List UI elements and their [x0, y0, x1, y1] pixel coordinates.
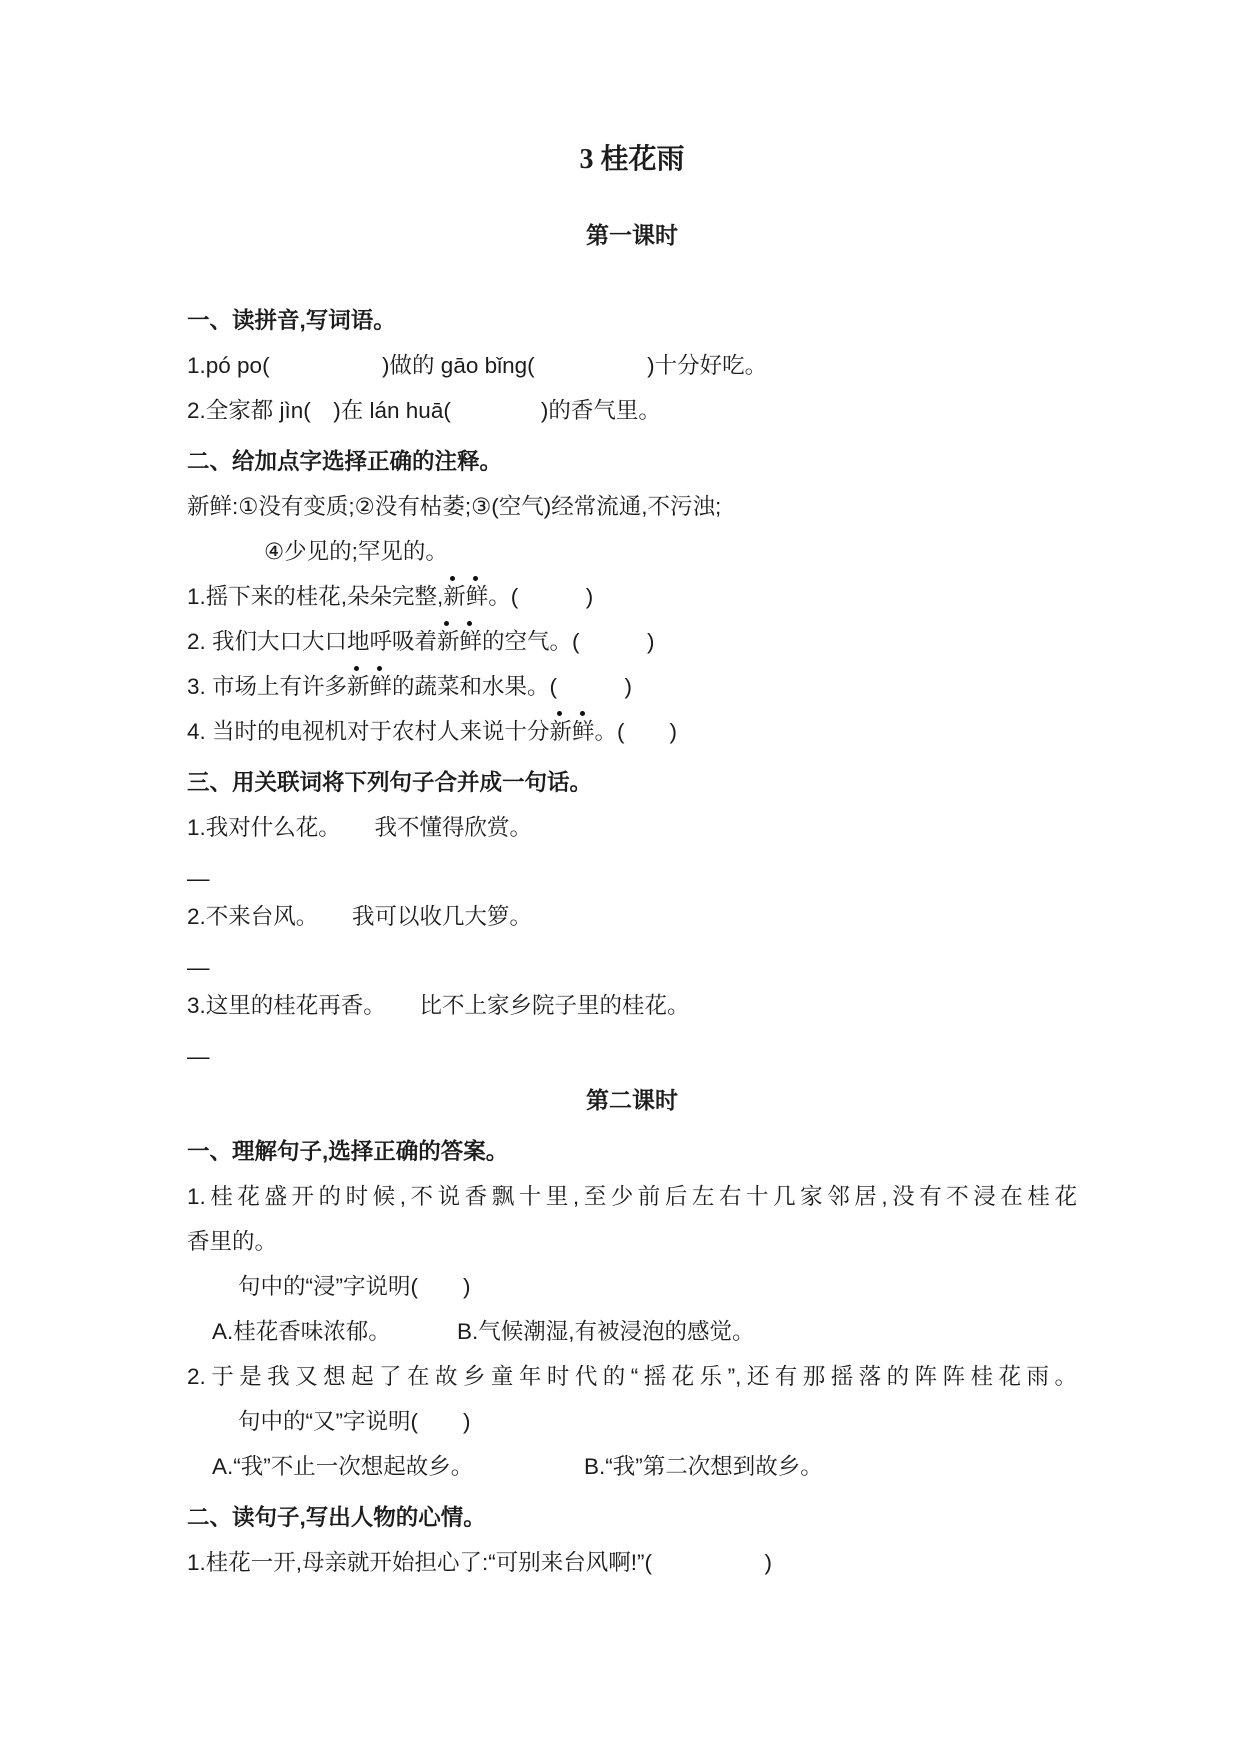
exercise-line: 2. 我们大口大口地呼吸着新鲜的空气。( ): [187, 619, 1077, 664]
session1-heading: 第一课时: [187, 213, 1077, 258]
emphasized-word: 新鲜: [550, 719, 595, 744]
exercise-line: 1.pó po( )做的 gāo bǐng( )十分好吃。: [187, 343, 1077, 388]
exercise-line: 1.摇下来的桂花,朵朵完整,新鲜。( ): [187, 574, 1077, 619]
sentence-post: 的蔬菜和水果。( ): [392, 674, 632, 699]
sentence-pre: 2. 我们大口大口地呼吸着: [187, 629, 437, 654]
exercise-line: 3. 市场上有许多新鲜的蔬菜和水果。( ): [187, 664, 1077, 709]
exercise-line: 2.于是我又想起了在故乡童年时代的“摇花乐”,还有那摇落的阵阵桂花雨。: [187, 1354, 1077, 1399]
page-title: 3 桂花雨: [187, 140, 1077, 180]
exercise-line: 2.不来台风。 我可以收几大箩。: [187, 894, 1077, 939]
question-line: 句中的“浸”字说明( ): [187, 1264, 1077, 1309]
sentence-pre: 4. 当时的电视机对于农村人来说十分: [187, 719, 550, 744]
option-a: A.桂花香味浓郁。: [212, 1309, 457, 1354]
section-heading-comprehension: 一、理解句子,选择正确的答案。: [187, 1129, 1077, 1174]
exercise-line: 4. 当时的电视机对于农村人来说十分新鲜。( ): [187, 709, 1077, 754]
exercise-line: 2.全家都 jìn( )在 lán huā( )的香气里。: [187, 388, 1077, 433]
emphasized-word: 新鲜: [347, 674, 392, 699]
section-heading-conjunction: 三、用关联词将下列句子合并成一句话。: [187, 760, 1077, 805]
definitions-line-continued: ④少见的;罕见的。: [187, 529, 1077, 574]
section-heading-annotation: 二、给加点字选择正确的注释。: [187, 439, 1077, 484]
exercise-line: 3.这里的桂花再香。 比不上家乡院子里的桂花。: [187, 983, 1077, 1028]
option-b: B.“我”第二次想到故乡。: [584, 1444, 823, 1489]
sentence-pre: 1.摇下来的桂花,朵朵完整,: [187, 584, 443, 609]
question-line: 句中的“又”字说明( ): [187, 1399, 1077, 1444]
option-a: A.“我”不止一次想起故乡。: [212, 1444, 584, 1489]
answer-blank-line: —: [187, 953, 1077, 983]
option-b: B.气候潮湿,有被浸泡的感觉。: [457, 1309, 755, 1354]
options-row: A.桂花香味浓郁。B.气候潮湿,有被浸泡的感觉。: [187, 1309, 1077, 1354]
session2-heading: 第二课时: [187, 1078, 1077, 1123]
worksheet-document: 3 桂花雨 第一课时 一、读拼音,写词语。 1.pó po( )做的 gāo b…: [0, 0, 1241, 1585]
exercise-line: 1.我对什么花。 我不懂得欣赏。: [187, 805, 1077, 850]
emphasized-word: 新鲜: [437, 629, 482, 654]
definitions-line: 新鲜:①没有变质;②没有枯萎;③(空气)经常流通,不污浊;: [187, 484, 1077, 529]
options-row: A.“我”不止一次想起故乡。B.“我”第二次想到故乡。: [187, 1444, 1077, 1489]
exercise-line: 1.桂花盛开的时候,不说香飘十里,至少前后左右十几家邻居,没有不浸在桂花: [187, 1174, 1077, 1219]
answer-blank-line: —: [187, 864, 1077, 894]
sentence-post: 。( ): [488, 584, 593, 609]
answer-blank-line: —: [187, 1042, 1077, 1072]
emphasized-word: 新鲜: [443, 584, 488, 609]
exercise-line-continued: 香里的。: [187, 1219, 1077, 1264]
sentence-post: 。( ): [595, 719, 678, 744]
sentence-pre: 3. 市场上有许多: [187, 674, 347, 699]
sentence-post: 的空气。( ): [482, 629, 655, 654]
section-heading-mood: 二、读句子,写出人物的心情。: [187, 1495, 1077, 1540]
section-heading-pinyin: 一、读拼音,写词语。: [187, 298, 1077, 343]
exercise-line: 1.桂花一开,母亲就开始担心了:“可别来台风啊!”( ): [187, 1540, 1077, 1585]
